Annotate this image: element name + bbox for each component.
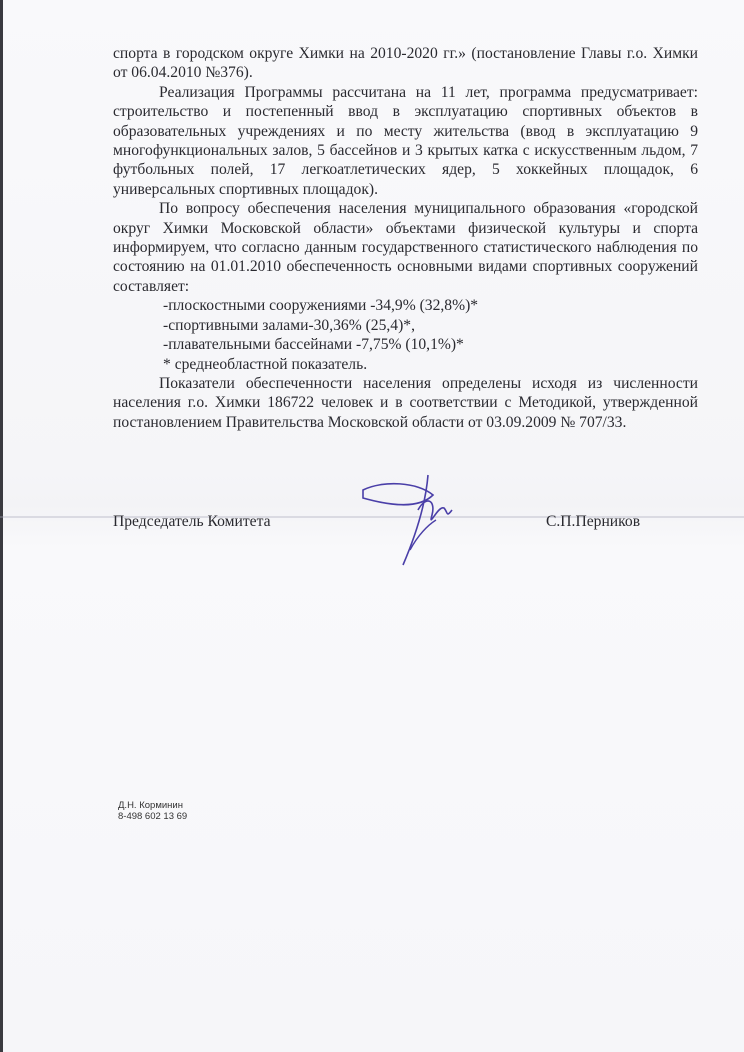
signatory-name: С.П.Перников: [546, 513, 640, 531]
paragraph-continuation: спорта в городском округе Химки на 2010-…: [113, 44, 698, 83]
paragraph-program: Реализация Программы рассчитана на 11 ле…: [113, 83, 698, 199]
letter-body: спорта в городском округе Химки на 2010-…: [113, 44, 698, 432]
paragraph-methodology: Показатели обеспеченности населения опре…: [113, 374, 698, 432]
list-item-sports-halls: -спортивными залами-30,36% (25,4)*,: [113, 316, 698, 335]
executor-phone: 8-498 602 13 69: [118, 811, 187, 822]
scanned-page: спорта в городском округе Химки на 2010-…: [0, 0, 744, 1052]
executor-info: Д.Н. Корминин 8-498 602 13 69: [118, 800, 187, 822]
executor-name: Д.Н. Корминин: [118, 800, 187, 811]
scan-edge: [0, 0, 3, 1052]
list-item-pools: -плавательными бассейнами -7,75% (10,1%)…: [113, 335, 698, 354]
signatory-title: Председатель Комитета: [113, 513, 271, 531]
list-item-flat-facilities: -плоскостными сооружениями -34,9% (32,8%…: [113, 296, 698, 315]
footnote: * среднеобластной показатель.: [113, 355, 698, 374]
handwritten-signature: [348, 470, 478, 570]
paragraph-provision: По вопросу обеспечения населения муницип…: [113, 199, 698, 296]
